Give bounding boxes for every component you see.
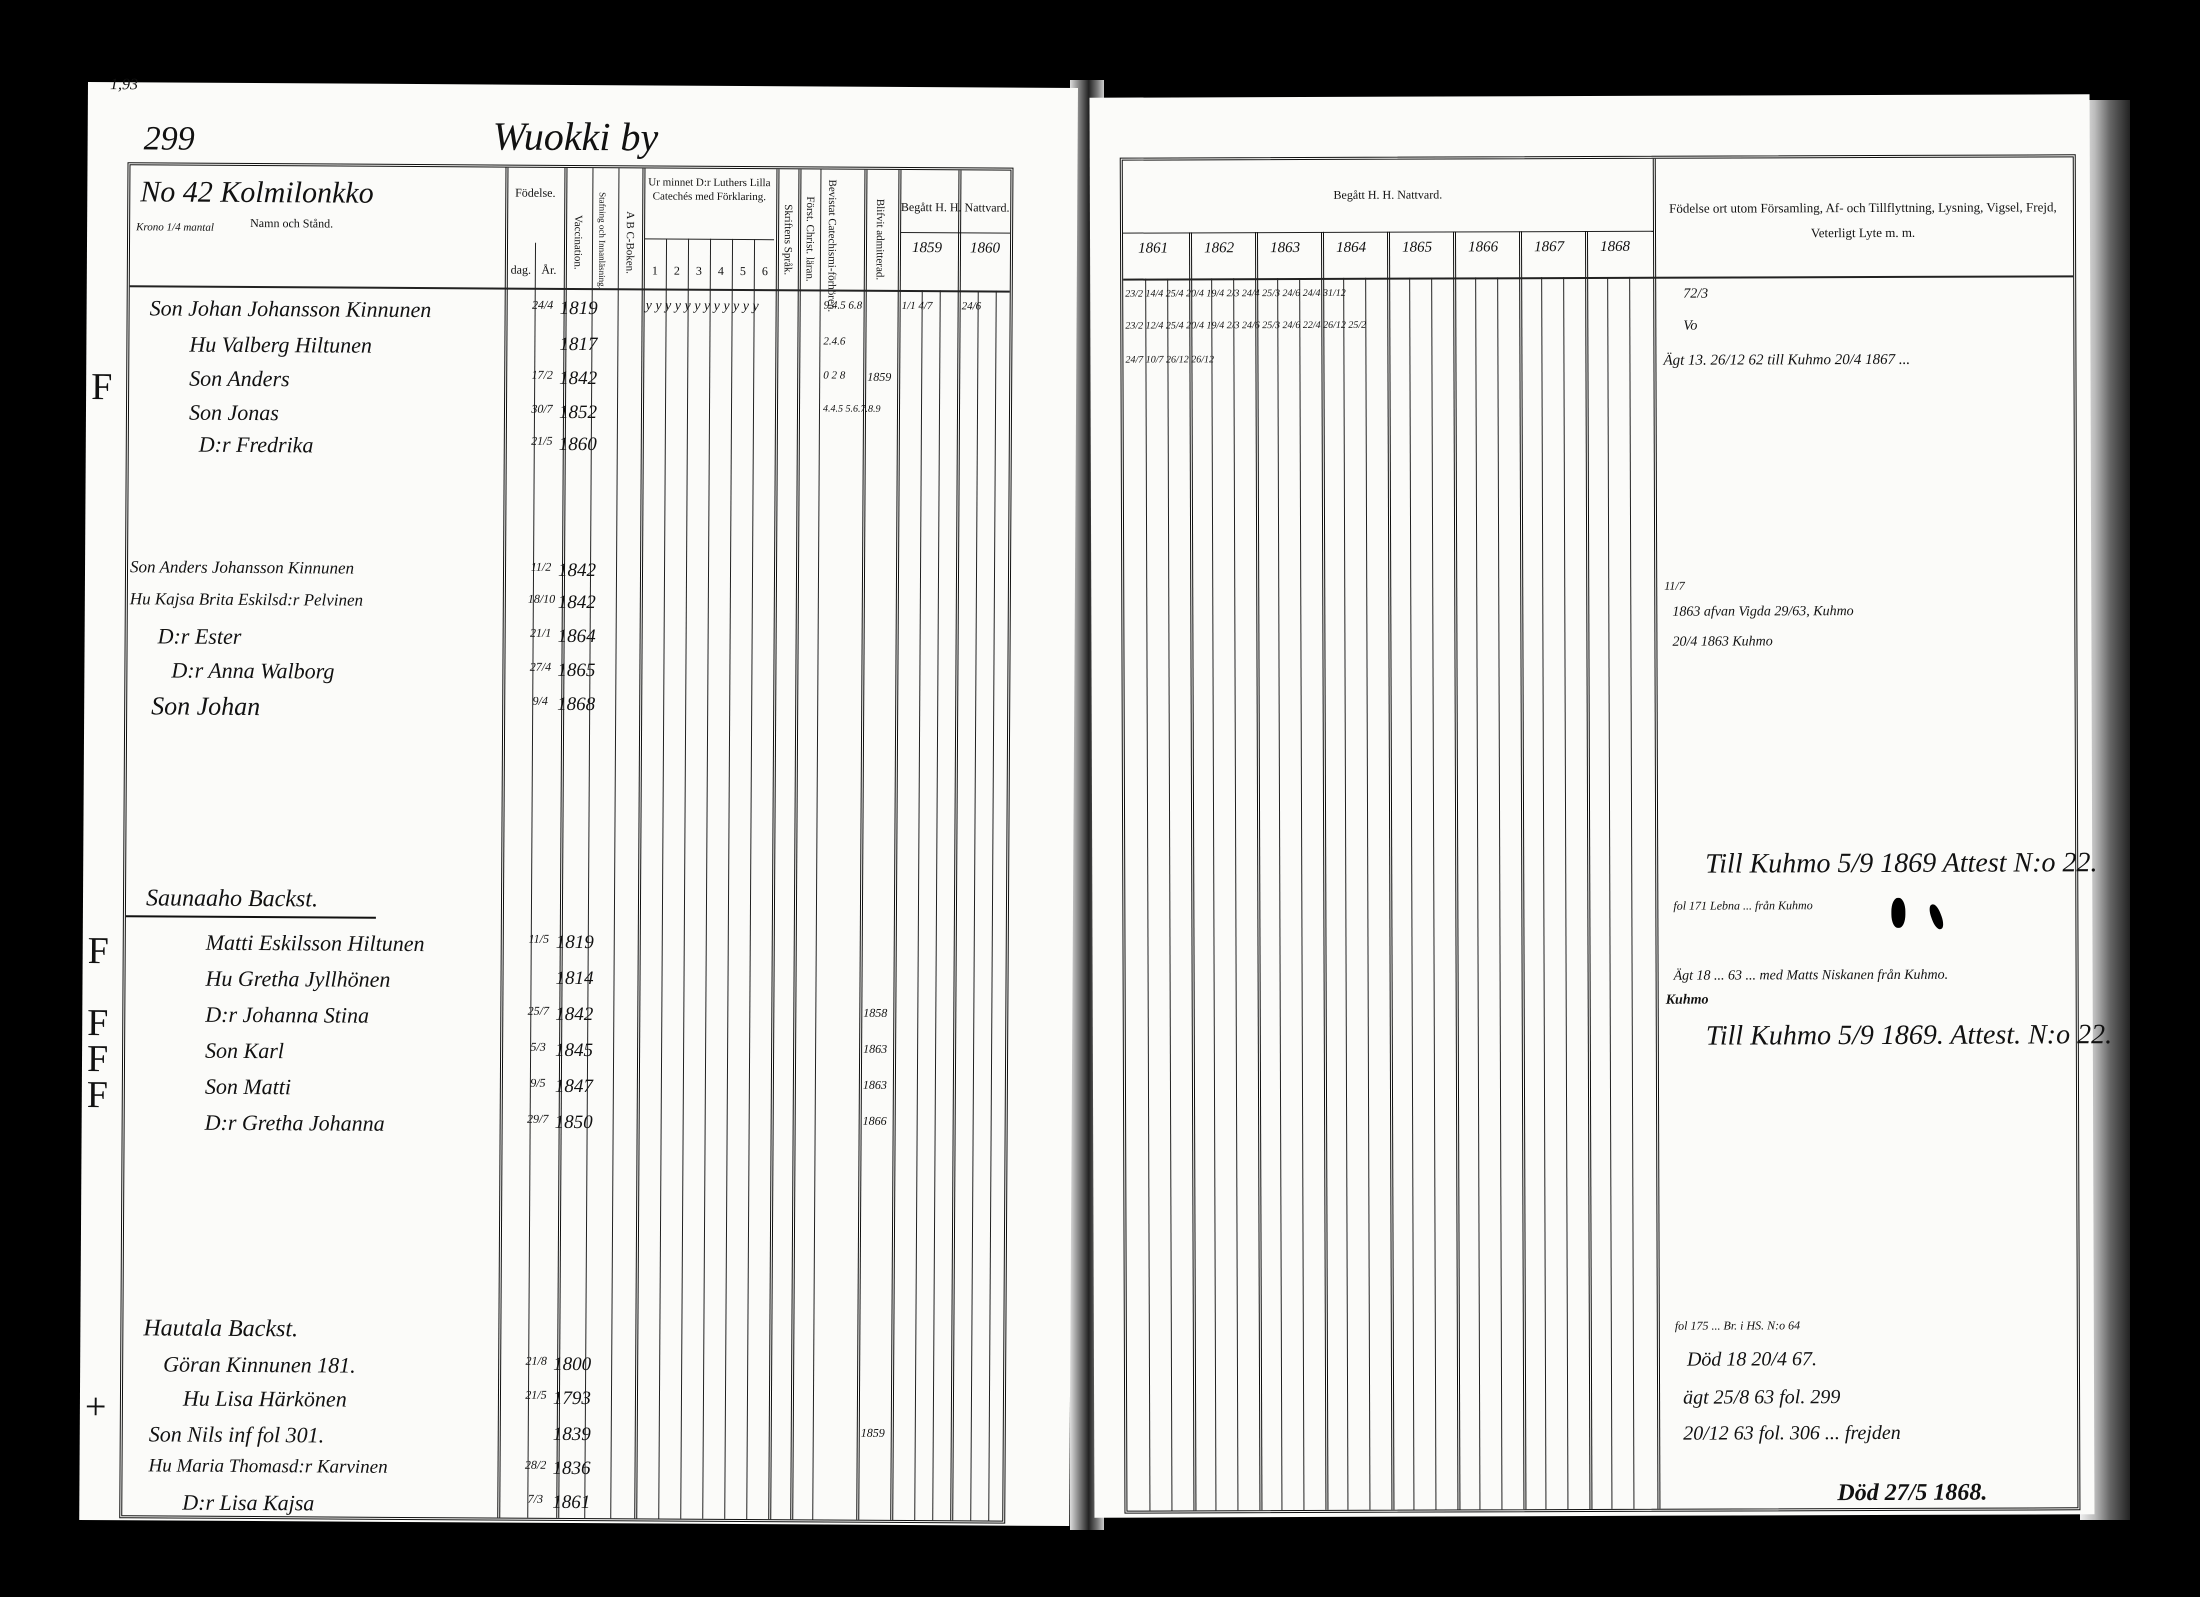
person-name: Son Johan: [151, 691, 260, 722]
person-row: F Son Matti 9/5 1847 1863: [125, 1073, 1005, 1110]
bevistat-marks: 9.4.5 6.8: [824, 299, 863, 311]
person-name: Son Karl: [205, 1038, 284, 1064]
birth-year: 1814: [555, 968, 593, 990]
column-header-dag: dag.: [508, 263, 534, 278]
page-number: 299: [144, 120, 195, 158]
birth-year: 1839: [553, 1424, 591, 1446]
year-1865: 1865: [1387, 240, 1447, 257]
birth-year: 1800: [553, 1354, 591, 1376]
remark: Död 27/5 1868.: [1837, 1480, 1987, 1508]
person-row: + Hu Lisa Härkönen 21/5 1793: [123, 1385, 1003, 1422]
bevistat-marks: 2.4.6: [823, 335, 845, 347]
divider: [1299, 278, 1304, 1510]
remark: Till Kuhmo 5/9 1869. Attest. N:o 22.: [1706, 1019, 2112, 1052]
left-page: 1,93 299 Wuokki by No 42 Kolmilonkko Kro…: [79, 82, 1078, 1526]
birth-day: 17/2: [529, 368, 555, 383]
person-name: Hu Maria Thomasd:r Karvinen: [148, 1455, 387, 1478]
remark: Till Kuhmo 5/9 1869 Attest N:o 22.: [1705, 847, 2097, 880]
year-1864: 1864: [1321, 240, 1381, 257]
person-row: Göran Kinnunen 181. 21/8 1800: [123, 1351, 1003, 1388]
column-header-ar: År.: [536, 263, 562, 278]
column-header-skriftens-sprak: Skriftens Språk.: [780, 179, 794, 299]
person-name: Hu Kajsa Brita Eskilsd:r Pelvinen: [130, 589, 363, 610]
divider: [1431, 278, 1436, 1510]
birth-day: 11/2: [528, 560, 554, 575]
admitted-year: 1863: [863, 1042, 887, 1057]
section-underline: [126, 915, 376, 919]
birth-year: 1861: [552, 1492, 590, 1514]
header-bottom-rule: [1123, 275, 2073, 280]
year-1867: 1867: [1519, 239, 1579, 256]
nattvard-dates-row2: 23/2 12/4 25/4 20/4 19/4 2/3 24/6 25/3 2…: [1125, 320, 1366, 332]
nattvard-dates-row1: 23/2 14/4 25/4 20/4 19/4 2/3 24/4 25/3 2…: [1125, 288, 1346, 300]
column-header-fodelse: Födelse.: [505, 186, 565, 201]
year-1862: 1862: [1189, 240, 1249, 257]
remark: fol 175 ... Br. i HS. N:o 64: [1675, 1318, 1800, 1333]
person-row: Son Anders Johansson Kinnunen 11/2 1842: [128, 557, 1008, 594]
remark: 1863 afvan Vigda 29/63, Kuhmo: [1672, 604, 1853, 621]
column-header-abc: A B C-Boken.: [622, 182, 636, 302]
column-header-catechism: Ur minnet D:r Luthers Lilla Catechés med…: [644, 176, 774, 204]
birth-day: 29/7: [525, 1112, 551, 1127]
person-name: Hu Valberg Hiltunen: [189, 332, 372, 359]
divider: [1475, 277, 1480, 1509]
birth-day: 30/7: [529, 402, 555, 417]
admitted-year: 1866: [863, 1114, 887, 1129]
person-name: Hu Gretha Jyllhönen: [205, 966, 390, 993]
divider: [1607, 277, 1612, 1509]
birth-year: 1819: [556, 932, 594, 954]
register-table-right: Begått H. H. Nattvard. Födelse ort utom …: [1120, 154, 2081, 1513]
person-name: Son Johan Johansson Kinnunen: [150, 295, 432, 323]
remark: fol 171 Lebna ... från Kuhmo: [1673, 898, 1812, 913]
person-name: D:r Anna Walborg: [171, 658, 334, 685]
nattvard-1860: 24/6: [962, 300, 982, 312]
birth-year: 1836: [552, 1458, 590, 1480]
birth-year: 1860: [559, 434, 597, 456]
birth-year: 1817: [559, 334, 597, 356]
column-header-name: Namn och Stånd.: [250, 216, 333, 232]
birth-day: 21/8: [523, 1354, 549, 1369]
divider: [1343, 278, 1348, 1510]
person-row: F Son Anders 17/2 1842 0 2 8 1859: [129, 365, 1009, 402]
column-header-stafning: Stafning och Innanläsning.: [596, 180, 608, 300]
birth-year: 1842: [555, 1004, 593, 1026]
birth-day: 25/7: [525, 1004, 551, 1019]
corner-mark: 1,93: [110, 76, 138, 94]
birth-day: 11/5: [526, 932, 552, 947]
person-row: Son Johan 9/4 1868: [127, 691, 1007, 728]
household-subtitle: Krono 1/4 mantal: [136, 221, 214, 233]
divider: [1365, 278, 1370, 1510]
birth-day: 21/5: [529, 434, 555, 449]
remark: 20/4 1863 Kuhmo: [1672, 634, 1772, 650]
nattvard-year-1859: 1859: [902, 240, 952, 257]
column-header-forst-christ: Först. Christ. läran.: [802, 179, 816, 299]
margin-mark: F: [87, 1073, 108, 1117]
person-name: Son Matti: [205, 1074, 291, 1101]
divider: [1629, 277, 1634, 1509]
birth-year: 1819: [560, 298, 598, 320]
person-row: Hu Gretha Jyllhönen 1814: [125, 965, 1005, 1002]
divider: [1387, 232, 1394, 1510]
birth-day: 18/10: [528, 592, 554, 607]
year-1866: 1866: [1453, 239, 1513, 256]
person-name: Son Anders: [189, 366, 290, 393]
divider: [1233, 278, 1238, 1510]
person-row: D:r Fredrika 21/5 1860: [129, 431, 1009, 468]
person-row: D:r Gretha Johanna 29/7 1850 1866: [125, 1109, 1005, 1146]
catechism-col-5: 5: [734, 264, 752, 279]
admitted-year: 1863: [863, 1078, 887, 1093]
divider: [1453, 231, 1460, 1509]
divider: [932, 290, 941, 1520]
birth-year: 1852: [559, 402, 597, 424]
divider: [1519, 231, 1526, 1509]
person-row: Son Johan Johansson Kinnunen 24/4 1819 y…: [130, 295, 1010, 332]
remark: Kuhmo: [1666, 993, 1709, 1009]
birth-year: 1793: [553, 1388, 591, 1410]
birth-year: 1868: [557, 694, 595, 716]
divider: [1255, 232, 1262, 1510]
divider: [1189, 232, 1196, 1510]
person-name: Son Nils inf fol 301.: [149, 1421, 325, 1448]
divider: [1277, 278, 1282, 1510]
catechism-marks: y y y y y y y y y y y y: [646, 298, 759, 315]
birth-year: 1864: [558, 626, 596, 648]
birth-day: 27/4: [527, 660, 553, 675]
remark: 20/12 63 fol. 306 ... frejden: [1683, 1422, 1901, 1446]
divider: [914, 290, 923, 1520]
person-row: D:r Ester 21/1 1864: [127, 623, 1007, 660]
remark: Vo: [1683, 319, 1697, 335]
section-title: Hautala Backst.: [143, 1315, 298, 1343]
birth-day: 7/3: [522, 1492, 548, 1507]
birth-day: 5/3: [525, 1040, 551, 1055]
nattvard-1859: 1/1 4/7: [902, 300, 933, 312]
catechism-col-1: 1: [646, 263, 664, 278]
person-row: F D:r Johanna Stina 25/7 1842 1858: [125, 1001, 1005, 1038]
person-name: D:r Ester: [158, 623, 242, 650]
admitted-year: 1859: [867, 370, 891, 385]
register-table-left: No 42 Kolmilonkko Krono 1/4 mantal Namn …: [119, 162, 1013, 1523]
year-1868: 1868: [1585, 239, 1645, 256]
column-header-admitterad: Blifvit admitterad.: [872, 180, 886, 300]
person-row: D:r Anna Walborg 27/4 1865: [127, 657, 1007, 694]
catechism-col-4: 4: [712, 264, 730, 279]
catechism-col-6: 6: [756, 264, 774, 279]
person-name: Hu Lisa Härkönen: [183, 1386, 347, 1413]
divider: [1167, 278, 1172, 1510]
person-row: F Matti Eskilsson Hiltunen 11/5 1819: [126, 929, 1006, 966]
margin-mark: F: [88, 929, 109, 973]
person-row: Hu Kajsa Brita Eskilsd:r Pelvinen 18/10 …: [128, 589, 1008, 626]
ink-blot: [1891, 898, 1905, 928]
remark: Ägt 18 ... 63 ... med Matts Niskanen frå…: [1674, 968, 1949, 985]
divider: [1211, 278, 1216, 1510]
divider: [1497, 277, 1502, 1509]
admitted-year: 1859: [861, 1426, 885, 1441]
catechism-col-2: 2: [668, 264, 686, 279]
right-page: Begått H. H. Nattvard. Födelse ort utom …: [1090, 94, 2095, 1517]
birth-day: 21/5: [523, 1388, 549, 1403]
person-name: D:r Gretha Johanna: [205, 1110, 385, 1137]
birth-year: 1845: [555, 1040, 593, 1062]
column-header-nattvard: Begått H. H. Nattvard.: [900, 200, 1010, 216]
column-header-remarks: Födelse ort utom Församling, Af- och Til…: [1663, 195, 2063, 246]
column-header-bevistat: Bevistat Catechismi-förhören.: [824, 180, 838, 300]
catechism-col-3: 3: [690, 264, 708, 279]
divider: [1321, 232, 1328, 1510]
bevistat-marks: 0 2 8: [823, 369, 845, 381]
birth-day: 24/4: [530, 298, 556, 313]
margin-mark: +: [85, 1385, 107, 1429]
birth-year: 1842: [558, 592, 596, 614]
year-1861: 1861: [1123, 240, 1183, 257]
birth-day: 9/4: [527, 694, 553, 709]
margin-mark: F: [91, 365, 112, 409]
nattvard-dates-row3: 24/7 10/7 26/12 26/12: [1125, 354, 1214, 365]
divider: [1541, 277, 1546, 1509]
person-name: D:r Lisa Kajsa: [182, 1490, 314, 1517]
birth-year: 1842: [558, 560, 596, 582]
person-row: Son Jonas 30/7 1852 4.4.5 5.6.7.8.9: [129, 399, 1009, 436]
person-name: D:r Johanna Stina: [205, 1002, 369, 1029]
divider: [1409, 278, 1414, 1510]
year-1863: 1863: [1255, 240, 1315, 257]
birth-year: 1865: [557, 660, 595, 682]
birth-day: 9/5: [525, 1076, 551, 1091]
person-name: Son Jonas: [189, 400, 279, 427]
remark: Död 18 20/4 67.: [1687, 1348, 1817, 1371]
person-name: D:r Fredrika: [199, 432, 314, 459]
divider: [1585, 231, 1592, 1509]
divider: [900, 232, 1010, 234]
person-row: Son Nils inf fol 301. 1839 1859: [123, 1421, 1003, 1458]
divider: [970, 290, 979, 1520]
person-row: Hu Maria Thomasd:r Karvinen 28/2 1836: [122, 1455, 1002, 1492]
birth-day: 28/2: [523, 1458, 549, 1473]
section-title: Saunaaho Backst.: [146, 885, 318, 913]
person-name: Göran Kinnunen 181.: [163, 1351, 356, 1378]
person-name: Son Anders Johansson Kinnunen: [130, 557, 354, 578]
ink-blot: [1927, 903, 1945, 931]
divider: [1653, 159, 1661, 1509]
birth-year: 1850: [555, 1112, 593, 1134]
person-row: F Son Karl 5/3 1845 1863: [125, 1037, 1005, 1074]
column-header-nattvard: Begått H. H. Nattvard.: [1123, 187, 1653, 204]
village-title: Wuokki by: [493, 112, 659, 160]
remark: Ägt 13. 26/12 62 till Kuhmo 20/4 1867 ..…: [1663, 352, 1910, 370]
bevistat-marks: 4.4.5 5.6.7.8.9: [823, 403, 881, 414]
person-row: Hu Valberg Hiltunen 1817 2.4.6: [129, 331, 1009, 368]
admitted-year: 1858: [863, 1006, 887, 1021]
remark: 72/3: [1683, 287, 1708, 303]
birth-year: 1842: [559, 368, 597, 390]
household-title: No 42 Kolmilonkko: [140, 175, 374, 210]
remark: 11/7: [1664, 579, 1685, 594]
divider: [988, 291, 997, 1521]
divider: [1563, 277, 1568, 1509]
column-header-vaccination: Vaccination.: [570, 182, 584, 302]
nattvard-year-1860: 1860: [960, 240, 1010, 257]
divider: [1145, 279, 1150, 1511]
birth-year: 1847: [555, 1076, 593, 1098]
birth-day: 21/1: [528, 626, 554, 641]
person-name: Matti Eskilsson Hiltunen: [206, 930, 425, 957]
person-row: D:r Lisa Kajsa 7/3 1861: [122, 1489, 1002, 1526]
remark: ägt 25/8 63 fol. 299: [1683, 1386, 1840, 1410]
